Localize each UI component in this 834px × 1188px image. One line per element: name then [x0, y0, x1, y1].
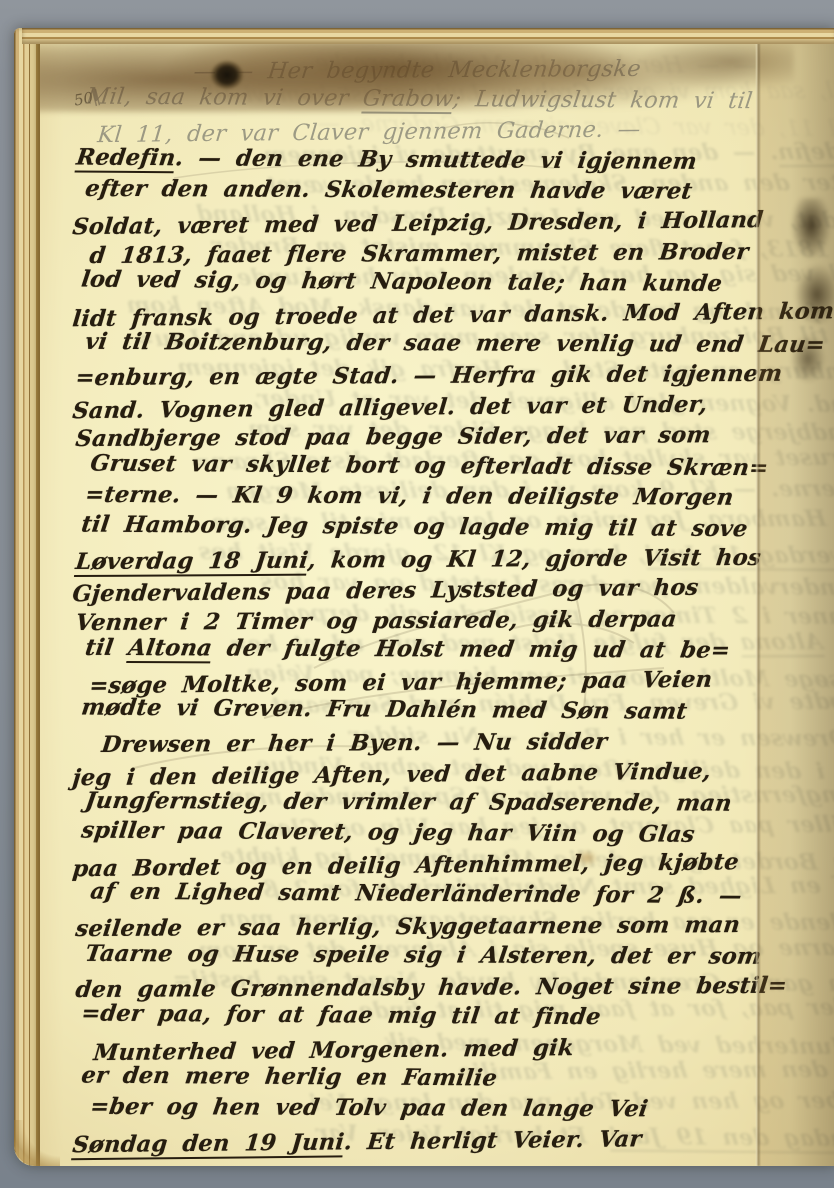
book-page: — — Her begyndte MecklenborgskeMil, saa …	[14, 28, 834, 1166]
handwriting-text: Venner i 2 Timer og passiarede, gik derp…	[74, 606, 678, 636]
handwriting-text: Sand. Vognen gled alligevel. det var et …	[71, 391, 708, 424]
manuscript-line: =ber og hen ved Tolv paa den lange Vei	[88, 1092, 834, 1127]
handwriting-text: til	[83, 635, 130, 661]
book-binding-edge	[14, 28, 40, 1166]
worn-corner	[14, 1120, 60, 1166]
handwriting-text: Taarne og Huse speile sig i Alsteren, de…	[83, 941, 763, 970]
handwriting-text: . Et herligt Veier. Var	[343, 1126, 643, 1155]
handwriting-text: . — den ene By smuttede vi igjennem	[174, 145, 699, 175]
handwriting-text: =enburg, en ægte Stad. — Herfra gik det …	[74, 361, 784, 391]
manuscript-line: =enburg, en ægte Stad. — Herfra gik det …	[74, 357, 834, 394]
handwriting-text: Soldat, været med ved Leipzig, Dresden, …	[71, 207, 764, 240]
handwriting-text: =der paa, for at faae mig til at finde	[80, 1001, 603, 1031]
handwriting-text: mødte vi Greven. Fru Dahlén med Søn samt	[80, 695, 689, 725]
manuscript-line: Drewsen er her i Byen. — Nu sidder	[100, 724, 834, 761]
underlined-heading: Altona	[126, 635, 214, 663]
manuscript-line: efter den anden. Skolemesteren havde vær…	[83, 174, 834, 209]
ink-stain-band	[34, 40, 794, 112]
ink-blot	[210, 60, 244, 90]
handwriting-text: til Hamborg. Jeg spiste og lagde mig til…	[80, 511, 749, 542]
manuscript-line: Taarne og Huse speile sig i Alsteren, de…	[83, 939, 834, 974]
foxing-spot	[574, 848, 600, 868]
manuscript-line: til Hamborg. Jeg spiste og lagde mig til…	[79, 509, 834, 547]
handwriting-text: lod ved sig, og hørt Napoleon tale; han …	[80, 267, 724, 297]
scanned-manuscript-screen: — — Her begyndte MecklenborgskeMil, saa …	[0, 0, 834, 1188]
handwriting-text: Gjendervaldens paa deres Lyststed og var…	[71, 575, 699, 608]
handwriting-text: spiller paa Claveret, og jeg har Viin og…	[80, 817, 696, 847]
handwriting-text: Sandbjerge stod paa begge Sider, det var…	[74, 422, 712, 452]
page-stack-top-edge	[22, 28, 834, 44]
manuscript-line: af en Lighed samt Niederländerinde for 2…	[88, 877, 834, 914]
manuscript-line: mødte vi Greven. Fru Dahlén med Søn samt	[79, 693, 834, 731]
underlined-heading: Løverdag 18 Juni	[74, 547, 310, 576]
handwriting-text: vi til Boitzenburg, der saae mere venlig…	[83, 329, 826, 358]
handwriting-text: d 1813, faaet flere Skrammer, mistet en …	[88, 239, 750, 269]
handwriting-text: =ber og hen ved Tolv paa den lange Vei	[88, 1094, 649, 1122]
handwriting-text: er den mere herlig en Familie	[80, 1062, 499, 1091]
handwriting-text: der fulgte Holst med mig ud at be=	[210, 636, 732, 664]
manuscript-line: til Altona der fulgte Holst med mig ud a…	[83, 633, 834, 668]
underlined-heading: Redefin	[75, 144, 178, 173]
page-fold-shadow	[760, 28, 834, 1166]
handwriting-text: , kom og Kl 12, gjorde Visit hos	[307, 544, 763, 573]
handwriting-text: Gruset var skyllet bort og efterladt dis…	[89, 450, 770, 481]
handwriting-text: Drewsen er her i Byen. — Nu sidder	[100, 729, 609, 758]
handwriting-text: af en Lighed samt Niederländerinde for 2…	[89, 879, 744, 910]
manuscript-line: Søndag den 19 Juni. Et herligt Veier. Va…	[71, 1120, 834, 1161]
manuscript-line: vi til Boitzenburg, der saae mere venlig…	[83, 327, 834, 362]
handwriting-text: =terne. — Kl 9 kom vi, i den deiligste M…	[83, 482, 735, 511]
underlined-heading: Søndag den 19 Juni	[71, 1129, 345, 1160]
manuscript-lines: — — Her begyndte MecklenborgskeMil, saa …	[76, 54, 834, 1155]
handwriting-text: seilende er saa herlig, Skyggetaarnene s…	[74, 912, 741, 942]
handwriting-text: efter den anden. Skolemesteren havde vær…	[83, 176, 693, 205]
handwriting-text: Jungfernstieg, der vrimler af Spadserend…	[83, 788, 733, 817]
